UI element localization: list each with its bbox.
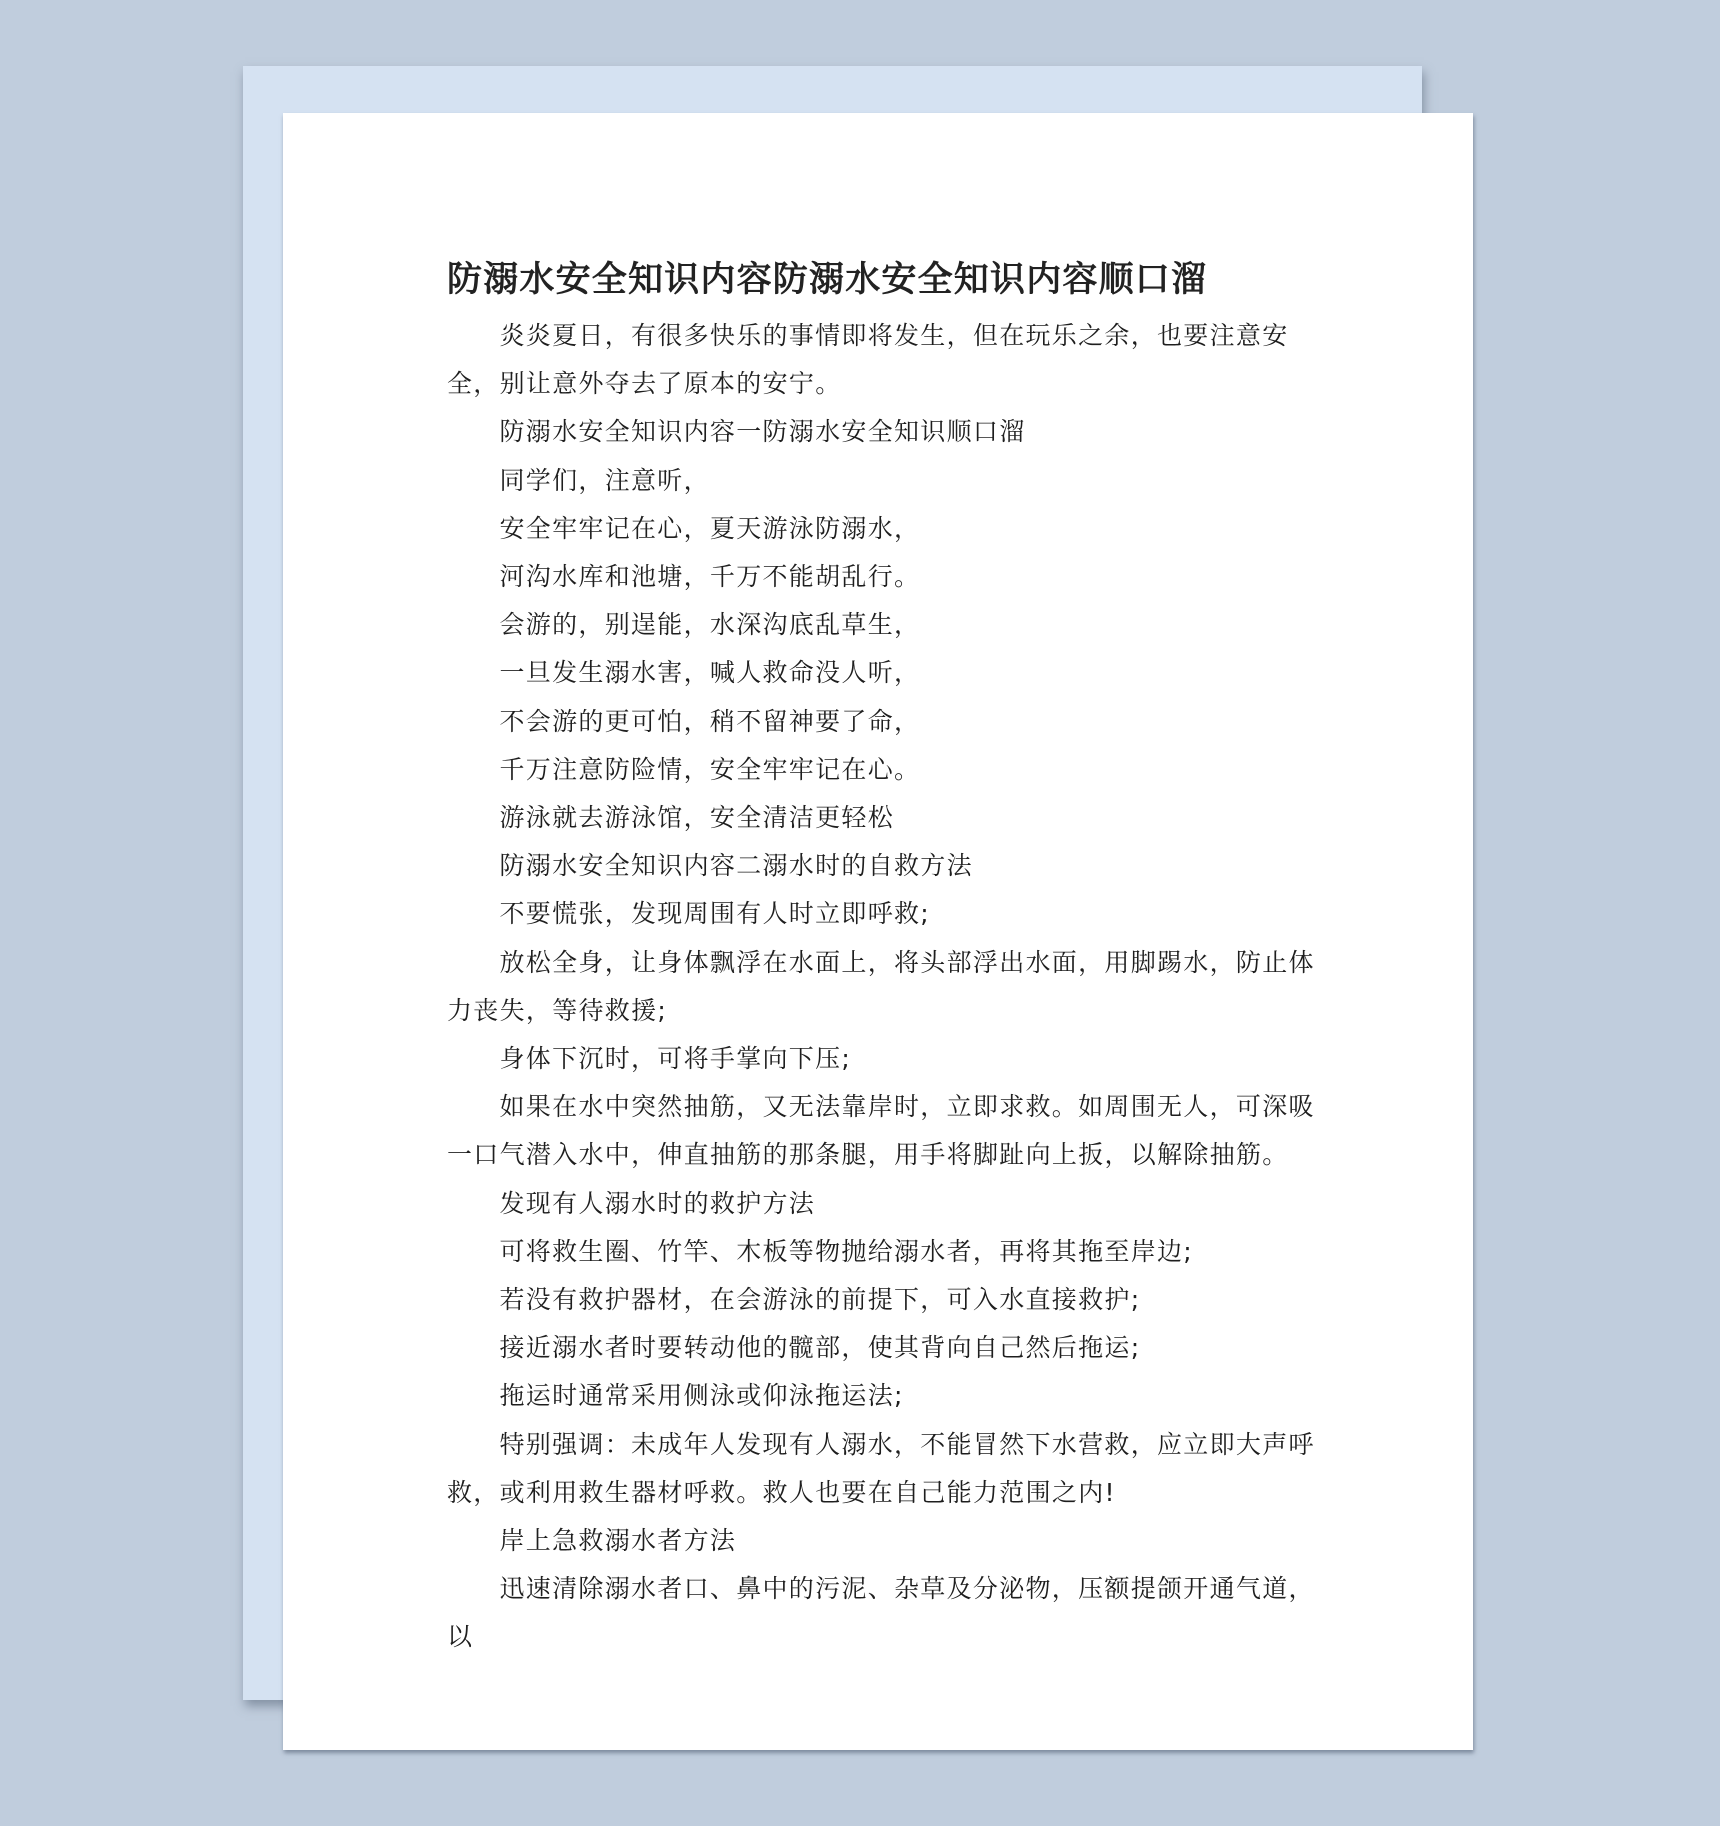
- paragraph: 特别强调：未成年人发现有人溺水，不能冒然下水营救，应立即大声呼救，或利用救生器材…: [447, 1421, 1323, 1517]
- paragraph: 如果在水中突然抽筋，又无法靠岸时，立即求救。如周围无人，可深吸一口气潜入水中，伸…: [447, 1083, 1323, 1179]
- paragraph: 一旦发生溺水害，喊人救命没人听，: [447, 649, 1323, 697]
- paragraph: 千万注意防险情，安全牢牢记在心。: [447, 746, 1323, 794]
- paragraph: 接近溺水者时要转动他的髋部，使其背向自己然后拖运;: [447, 1324, 1323, 1372]
- paragraph: 身体下沉时，可将手掌向下压;: [447, 1035, 1323, 1083]
- document-title: 防溺水安全知识内容防溺水安全知识内容顺口溜: [447, 258, 1207, 302]
- paragraph: 防溺水安全知识内容一防溺水安全知识顺口溜: [447, 408, 1323, 456]
- paragraph: 河沟水库和池塘，千万不能胡乱行。: [447, 553, 1323, 601]
- paragraph: 可将救生圈、竹竿、木板等物抛给溺水者，再将其拖至岸边;: [447, 1228, 1323, 1276]
- paragraph: 拖运时通常采用侧泳或仰泳拖运法;: [447, 1372, 1323, 1420]
- paragraph: 不要慌张，发现周围有人时立即呼救;: [447, 890, 1323, 938]
- paragraph: 岸上急救溺水者方法: [447, 1517, 1323, 1565]
- paragraph: 不会游的更可怕，稍不留神要了命，: [447, 698, 1323, 746]
- document-body: 炎炎夏日，有很多快乐的事情即将发生，但在玩乐之余，也要注意安全，别让意外夺去了原…: [447, 312, 1323, 1662]
- paragraph: 发现有人溺水时的救护方法: [447, 1180, 1323, 1228]
- paragraph: 若没有救护器材，在会游泳的前提下，可入水直接救护;: [447, 1276, 1323, 1324]
- paragraph: 迅速清除溺水者口、鼻中的污泥、杂草及分泌物，压额提颌开通气道，以: [447, 1565, 1323, 1661]
- paragraph: 游泳就去游泳馆，安全清洁更轻松: [447, 794, 1323, 842]
- paragraph: 放松全身，让身体飘浮在水面上，将头部浮出水面，用脚踢水，防止体力丧失，等待救援;: [447, 939, 1323, 1035]
- paragraph: 安全牢牢记在心，夏天游泳防溺水，: [447, 505, 1323, 553]
- paragraph: 防溺水安全知识内容二溺水时的自救方法: [447, 842, 1323, 890]
- paragraph: 同学们，注意听，: [447, 457, 1323, 505]
- document-page: 防溺水安全知识内容防溺水安全知识内容顺口溜 炎炎夏日，有很多快乐的事情即将发生，…: [283, 113, 1473, 1750]
- paragraph: 炎炎夏日，有很多快乐的事情即将发生，但在玩乐之余，也要注意安全，别让意外夺去了原…: [447, 312, 1323, 408]
- paragraph: 会游的，别逞能，水深沟底乱草生，: [447, 601, 1323, 649]
